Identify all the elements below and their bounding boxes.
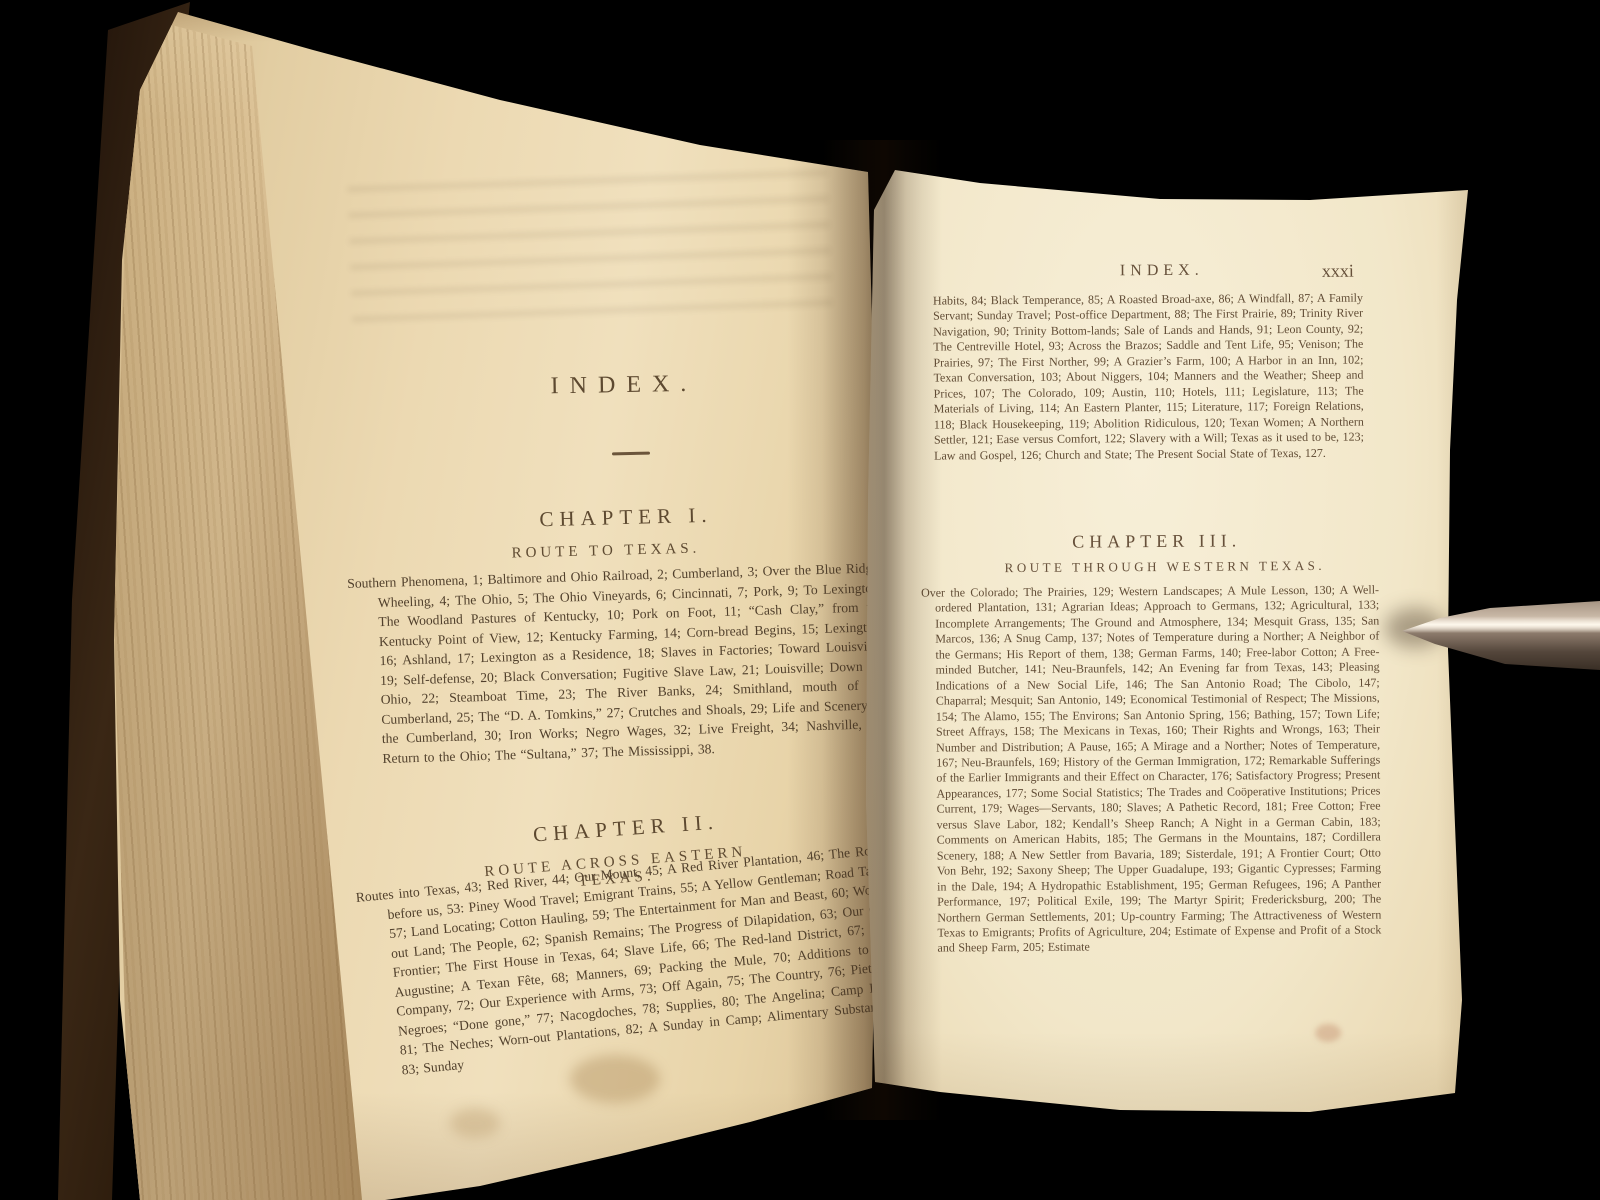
- chapter-3-title: CHAPTER III.: [1007, 530, 1307, 553]
- chapter-1-title: CHAPTER I.: [476, 501, 777, 534]
- left-page: INDEX. CHAPTER I. ROUTE TO TEXAS. Southe…: [100, 0, 890, 1200]
- show-through-ghost-text: [348, 170, 833, 337]
- chapter-2-entries: Routes into Texas, 43; Red River, 44; Ou…: [355, 840, 900, 1082]
- chapter-1-entries: Southern Phenomena, 1; Baltimore and Ohi…: [347, 558, 888, 769]
- index-continuation-entries: Habits, 84; Black Temperance, 85; A Roas…: [933, 291, 1364, 464]
- index-title: INDEX.: [474, 369, 774, 401]
- page-stain: [450, 1108, 500, 1138]
- section-rule: [612, 452, 650, 456]
- page-number: xxxi: [1322, 260, 1402, 282]
- open-book-photo: INDEX. CHAPTER I. ROUTE TO TEXAS. Southe…: [0, 0, 1600, 1200]
- running-header: INDEX.: [1012, 261, 1312, 281]
- page-stain: [1315, 1024, 1341, 1042]
- page-stain: [570, 1055, 660, 1103]
- right-page: INDEX. xxxi Habits, 84; Black Temperance…: [860, 0, 1480, 1200]
- fore-edge-pages: [100, 0, 370, 1200]
- chapter-3-entries: Over the Colorado; The Prairies, 129; We…: [921, 582, 1382, 956]
- right-page-text-area: INDEX. xxxi Habits, 84; Black Temperance…: [858, 0, 1486, 1200]
- chapter-1-subtitle: ROUTE TO TEXAS.: [456, 539, 756, 564]
- chapter-3-subtitle: ROUTE THROUGH WESTERN TEXAS.: [985, 558, 1345, 577]
